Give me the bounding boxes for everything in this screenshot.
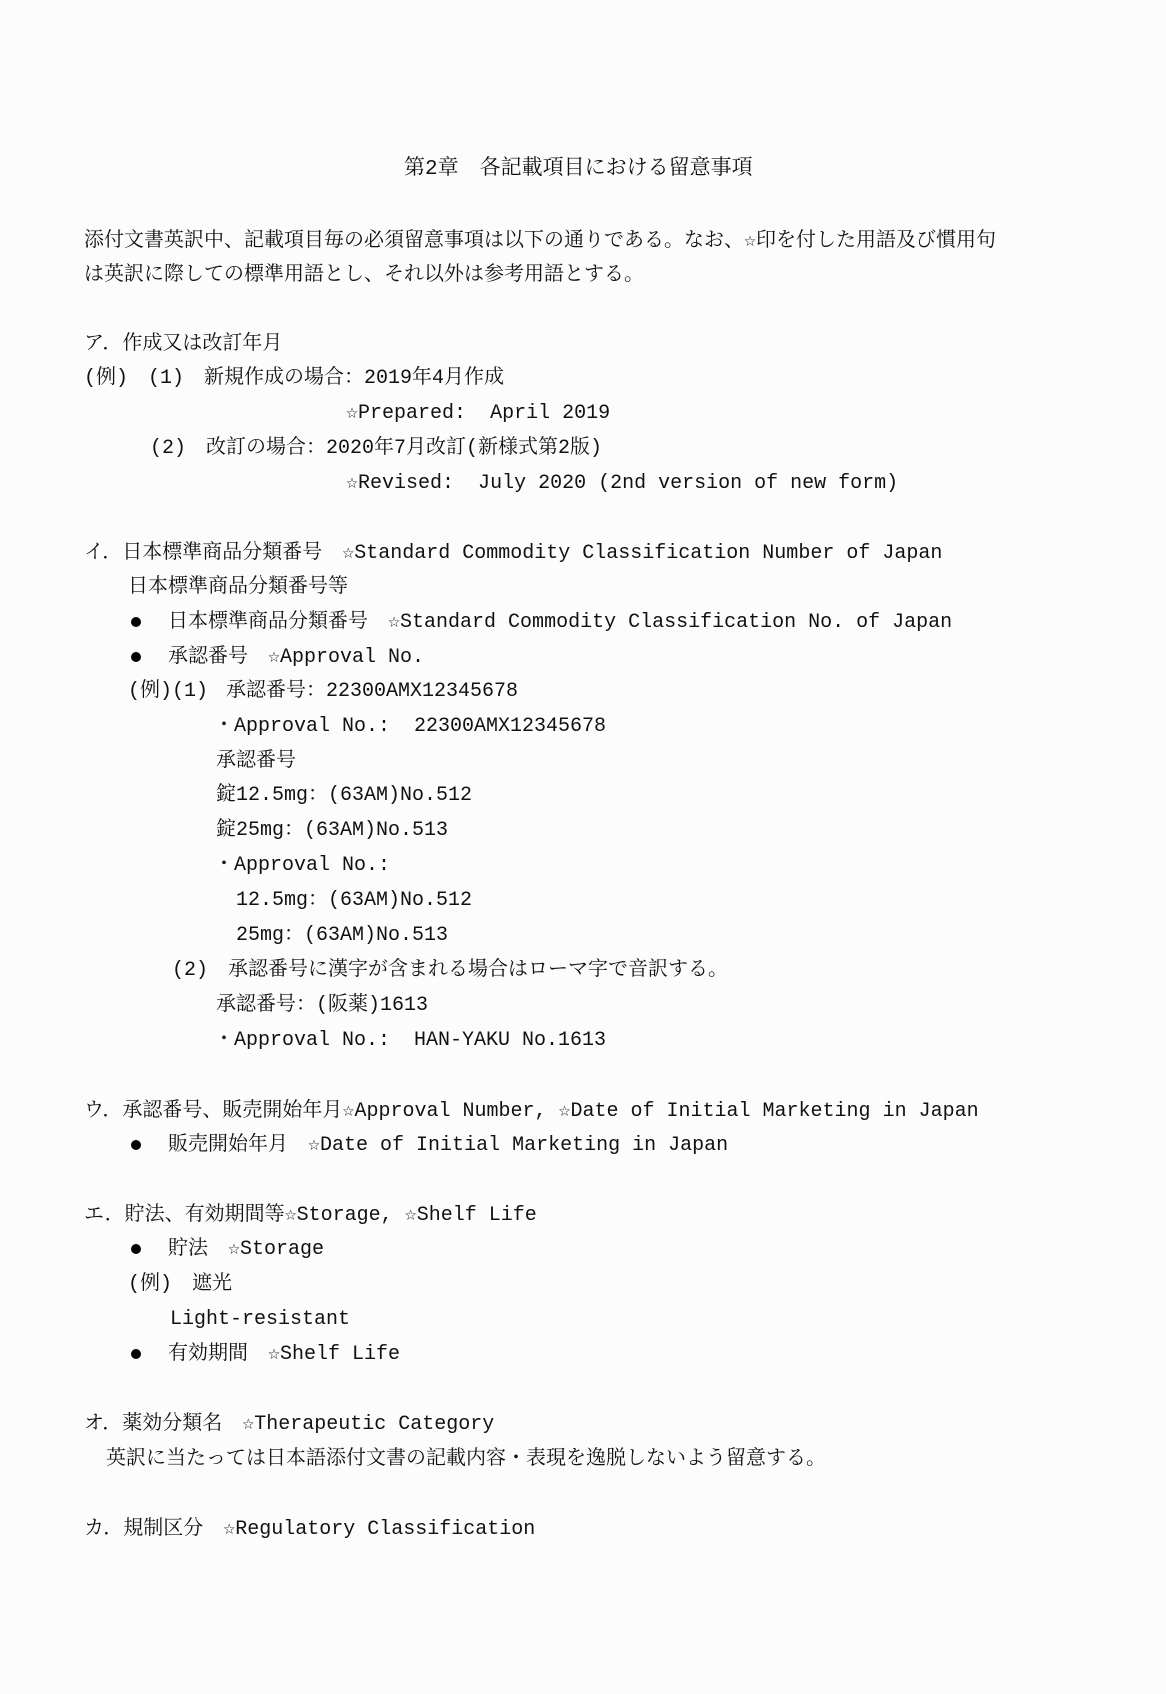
section-i-example1-label: (例)(1) — [128, 680, 208, 704]
section-e-bullet-1: 貯法 ☆Storage — [168, 1238, 324, 1262]
section-i-example2-line: ・Approval No.: HAN-YAKU No.1613 — [214, 1029, 606, 1053]
bullet-icon — [131, 1349, 141, 1359]
section-a-heading: ア．作成又は改訂年月 — [84, 333, 282, 357]
section-a-example-revised: (2) 改訂の場合：2020年7月改訂(新様式第2版) — [150, 437, 602, 461]
section-i-example1-line: 錠25mg：(63AM)No.513 — [216, 819, 448, 843]
section-i-example1-line: 承認番号：22300AMX12345678 — [226, 680, 518, 704]
bullet-icon — [131, 1140, 141, 1150]
section-i-bullet-1: 日本標準商品分類番号 ☆Standard Commodity Classific… — [168, 611, 952, 635]
section-a-example-new: (例) (1) 新規作成の場合：2019年4月作成 — [84, 367, 504, 391]
section-i-example2-line: 承認番号：(阪薬)1613 — [216, 994, 428, 1018]
section-i-example2-line: (2) 承認番号に漢字が含まれる場合はローマ字で音訳する。 — [172, 959, 728, 983]
chapter-title: 第2章 各記載項目における留意事項 — [404, 158, 753, 182]
bullet-icon — [131, 617, 141, 627]
section-o-heading: オ．薬効分類名 ☆Therapeutic Category — [84, 1413, 494, 1437]
intro-line-1: 添付文書英訳中、記載項目毎の必須留意事項は以下の通りである。なお、☆印を付した用… — [84, 230, 996, 254]
section-ka-heading: カ．規制区分 ☆Regulatory Classification — [84, 1518, 535, 1542]
section-i-heading: イ．日本標準商品分類番号 ☆Standard Commodity Classif… — [84, 542, 942, 566]
section-u-bullet-1: 販売開始年月 ☆Date of Initial Marketing in Jap… — [168, 1134, 728, 1158]
section-a-prepared: ☆Prepared: April 2019 — [346, 402, 610, 426]
section-i-example1-line: 錠12.5mg：(63AM)No.512 — [216, 784, 472, 808]
section-e-bullet-2: 有効期間 ☆Shelf Life — [168, 1343, 400, 1367]
section-e-example-en: Light-resistant — [170, 1308, 350, 1332]
section-o-note: 英訳に当たっては日本語添付文書の記載内容・表現を逸脱しないよう留意する。 — [106, 1448, 826, 1472]
section-e-example-label: (例) 遮光 — [128, 1273, 232, 1297]
section-i-subheading: 日本標準商品分類番号等 — [128, 576, 348, 600]
section-e-heading: エ．貯法、有効期間等☆Storage, ☆Shelf Life — [84, 1204, 537, 1228]
section-i-bullet-2: 承認番号 ☆Approval No. — [168, 646, 424, 670]
bullet-icon — [131, 1244, 141, 1254]
section-u-heading: ウ．承認番号、販売開始年月☆Approval Number, ☆Date of … — [84, 1100, 979, 1124]
section-i-example1-line: ・Approval No.: 22300AMX12345678 — [214, 715, 606, 739]
section-i-example1-line: 12.5mg：(63AM)No.512 — [236, 889, 472, 913]
bullet-icon — [131, 652, 141, 662]
section-i-example1-line: 25mg：(63AM)No.513 — [236, 924, 448, 948]
section-i-example1-line: 承認番号 — [216, 750, 296, 774]
section-i-example1-line: ・Approval No.: — [214, 854, 390, 878]
section-a-revised: ☆Revised: July 2020 (2nd version of new … — [346, 472, 898, 496]
intro-line-2: は英訳に際しての標準用語とし、それ以外は参考用語とする。 — [84, 264, 644, 288]
